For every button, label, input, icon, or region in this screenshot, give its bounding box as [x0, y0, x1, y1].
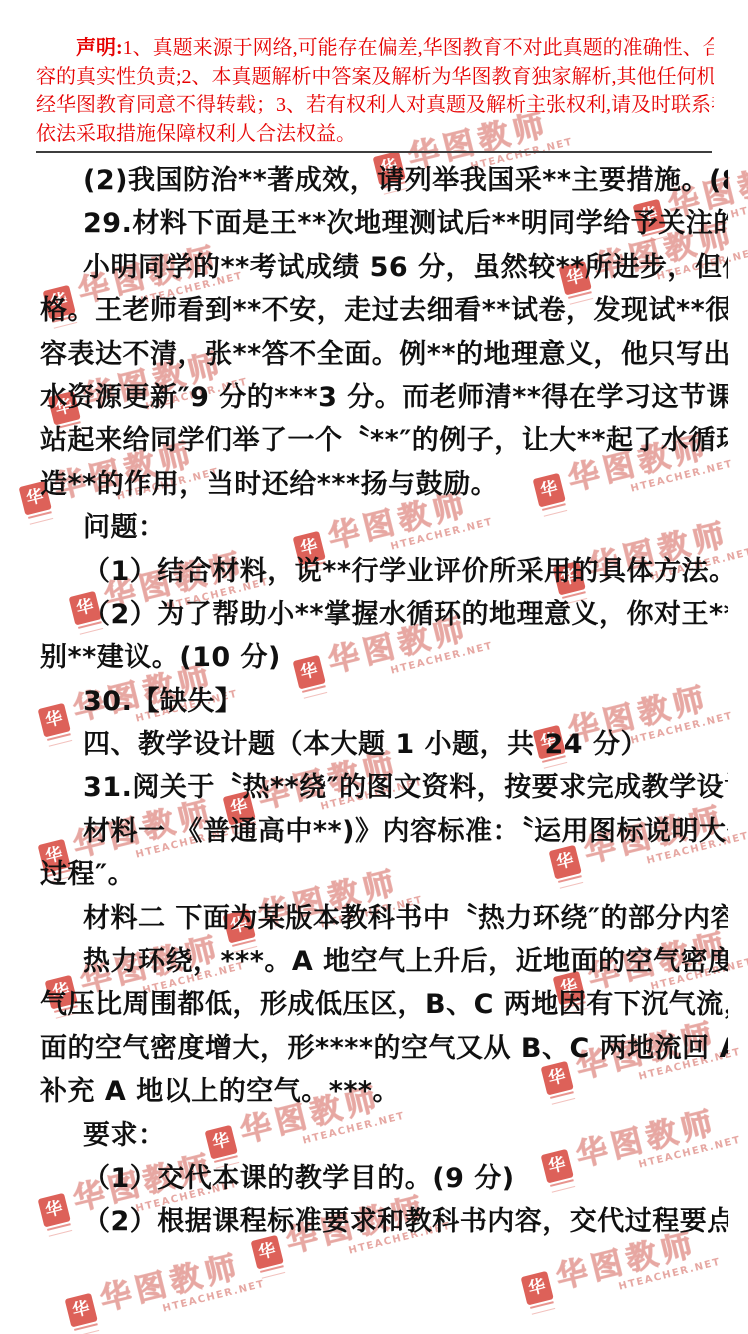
text-line: 容表达不清，张**答不全面。例**的地理意义，他只写出了〝促注 [40, 333, 728, 376]
document-page: 华华图教师HTEACHER.NET华华图教师HTEACHER.NET华华图教师H… [0, 0, 748, 1334]
text-line: 造**的作用，当时还给***扬与鼓励。 [40, 463, 728, 506]
text-line: （1）结合材料，说**行学业评价所采用的具体方法。(6 分) [40, 550, 728, 593]
disclaimer-label: 声明: [76, 37, 123, 59]
text-line: 热力环绕，***。A 地空气上升后，近地面的空气密度减少， [40, 940, 728, 983]
huatu-logo-caption-icon [530, 1301, 555, 1315]
text-line: 材料二 下面为某版本教科书中〝热力环绕″的部分内容。 [40, 897, 728, 940]
disclaimer-block: 声明:1、真题来源于网络,可能存在偏差,华图教育不对此真题的准确性、合法性以及内… [36, 34, 714, 148]
text-line: 小明同学的**考试成绩 56 分，虽然较**所进步，但仍然不及 [40, 246, 728, 289]
text-line: （1）交代本课的教学目的。(9 分) [40, 1157, 728, 1200]
disclaimer-text: 1、真题来源于网络,可能存在偏差,华图教育不对此真题的准确性、合法性以及内 [123, 37, 714, 59]
watermark-text: 华图教师HTEACHER.NET [97, 1247, 266, 1329]
text-line: 面的空气密度增大，形****的空气又从 B、C 两地流回 A 地，以 [40, 1027, 728, 1070]
divider-line [36, 151, 712, 153]
text-line: 过程″。 [40, 853, 728, 896]
text-line: 水资源更新″9 分的***3 分。而老师清**得在学习这节课时，小明 [40, 376, 728, 419]
disclaimer-line: 容的真实性负责;2、本真题解析中答案及解析为华图教育独家解析,其他任何机构及个人… [36, 63, 714, 92]
huatu-logo-caption-icon [260, 1265, 285, 1279]
text-line: 站起来给同学们举了一个〝**″的例子，让大**起了水循环还有塑 [40, 419, 728, 462]
disclaimer-line: 依法采取措施保障权利人合法权益。 [36, 120, 714, 149]
watermark-brand: 华图教师 [97, 1247, 263, 1317]
page-content: 声明:1、真题来源于网络,可能存在偏差,华图教育不对此真题的准确性、合法性以及内… [0, 34, 748, 1244]
text-line: 31.阅关于〝热**绕″的图文资料，按要求完成教学设计任务。 [40, 766, 728, 809]
text-line: 30.【缺失】 [40, 680, 728, 723]
text-line: 补充 A 地以上的空气。***。 [40, 1070, 728, 1113]
disclaimer-line: 经华图教育同意不得转载；3、若有权利人对真题及解析主张权利,请及时联系我司,我司… [36, 91, 714, 120]
huatu-logo-glyph: 华 [65, 1293, 98, 1328]
text-line: 别**建议。(10 分) [40, 636, 728, 679]
huatu-logo-glyph: 华 [521, 1271, 554, 1306]
text-line: 29.材料下面是王**次地理测试后**明同学给予关注的过程。 [40, 202, 728, 245]
document-body: (2)我国防治**著成效，请列举我国采**主要措施。(8 分)29.材料下面是王… [40, 159, 728, 1244]
watermark-domain: HTEACHER.NET [162, 1280, 267, 1315]
text-line: （2）为了帮助小**掌握水循环的地理意义，你对王**开展个 [40, 593, 728, 636]
text-line: 气压比周围都低，形成低压区，B、C 两地因有下沉气流，近地 [40, 983, 728, 1026]
text-line: 问题： [40, 506, 728, 549]
text-line: 材料一 《普通高中**)》内容标准：〝运用图标说明大气受热 [40, 810, 728, 853]
watermark-domain: HTEACHER.NET [618, 1258, 723, 1293]
disclaimer-line: 声明:1、真题来源于网络,可能存在偏差,华图教育不对此真题的准确性、合法性以及内 [36, 34, 714, 63]
text-line: 要求： [40, 1114, 728, 1157]
watermark: 华华图教师HTEACHER.NET [63, 1247, 266, 1334]
huatu-logo-caption-icon [74, 1323, 99, 1334]
huatu-logo-icon: 华 [521, 1271, 557, 1315]
text-line: (2)我国防治**著成效，请列举我国采**主要措施。(8 分) [40, 159, 728, 202]
section-heading: 四、教学设计题（本大题 1 小题，共 24 分） [40, 723, 728, 766]
huatu-logo-icon: 华 [65, 1293, 101, 1334]
text-line: （2）根据课程标准要求和教科书内容，交代过程要点（应包 [40, 1200, 728, 1243]
text-line: 格。王老师看到**不安，走过去细看**试卷，发现试**很多答题内 [40, 289, 728, 332]
